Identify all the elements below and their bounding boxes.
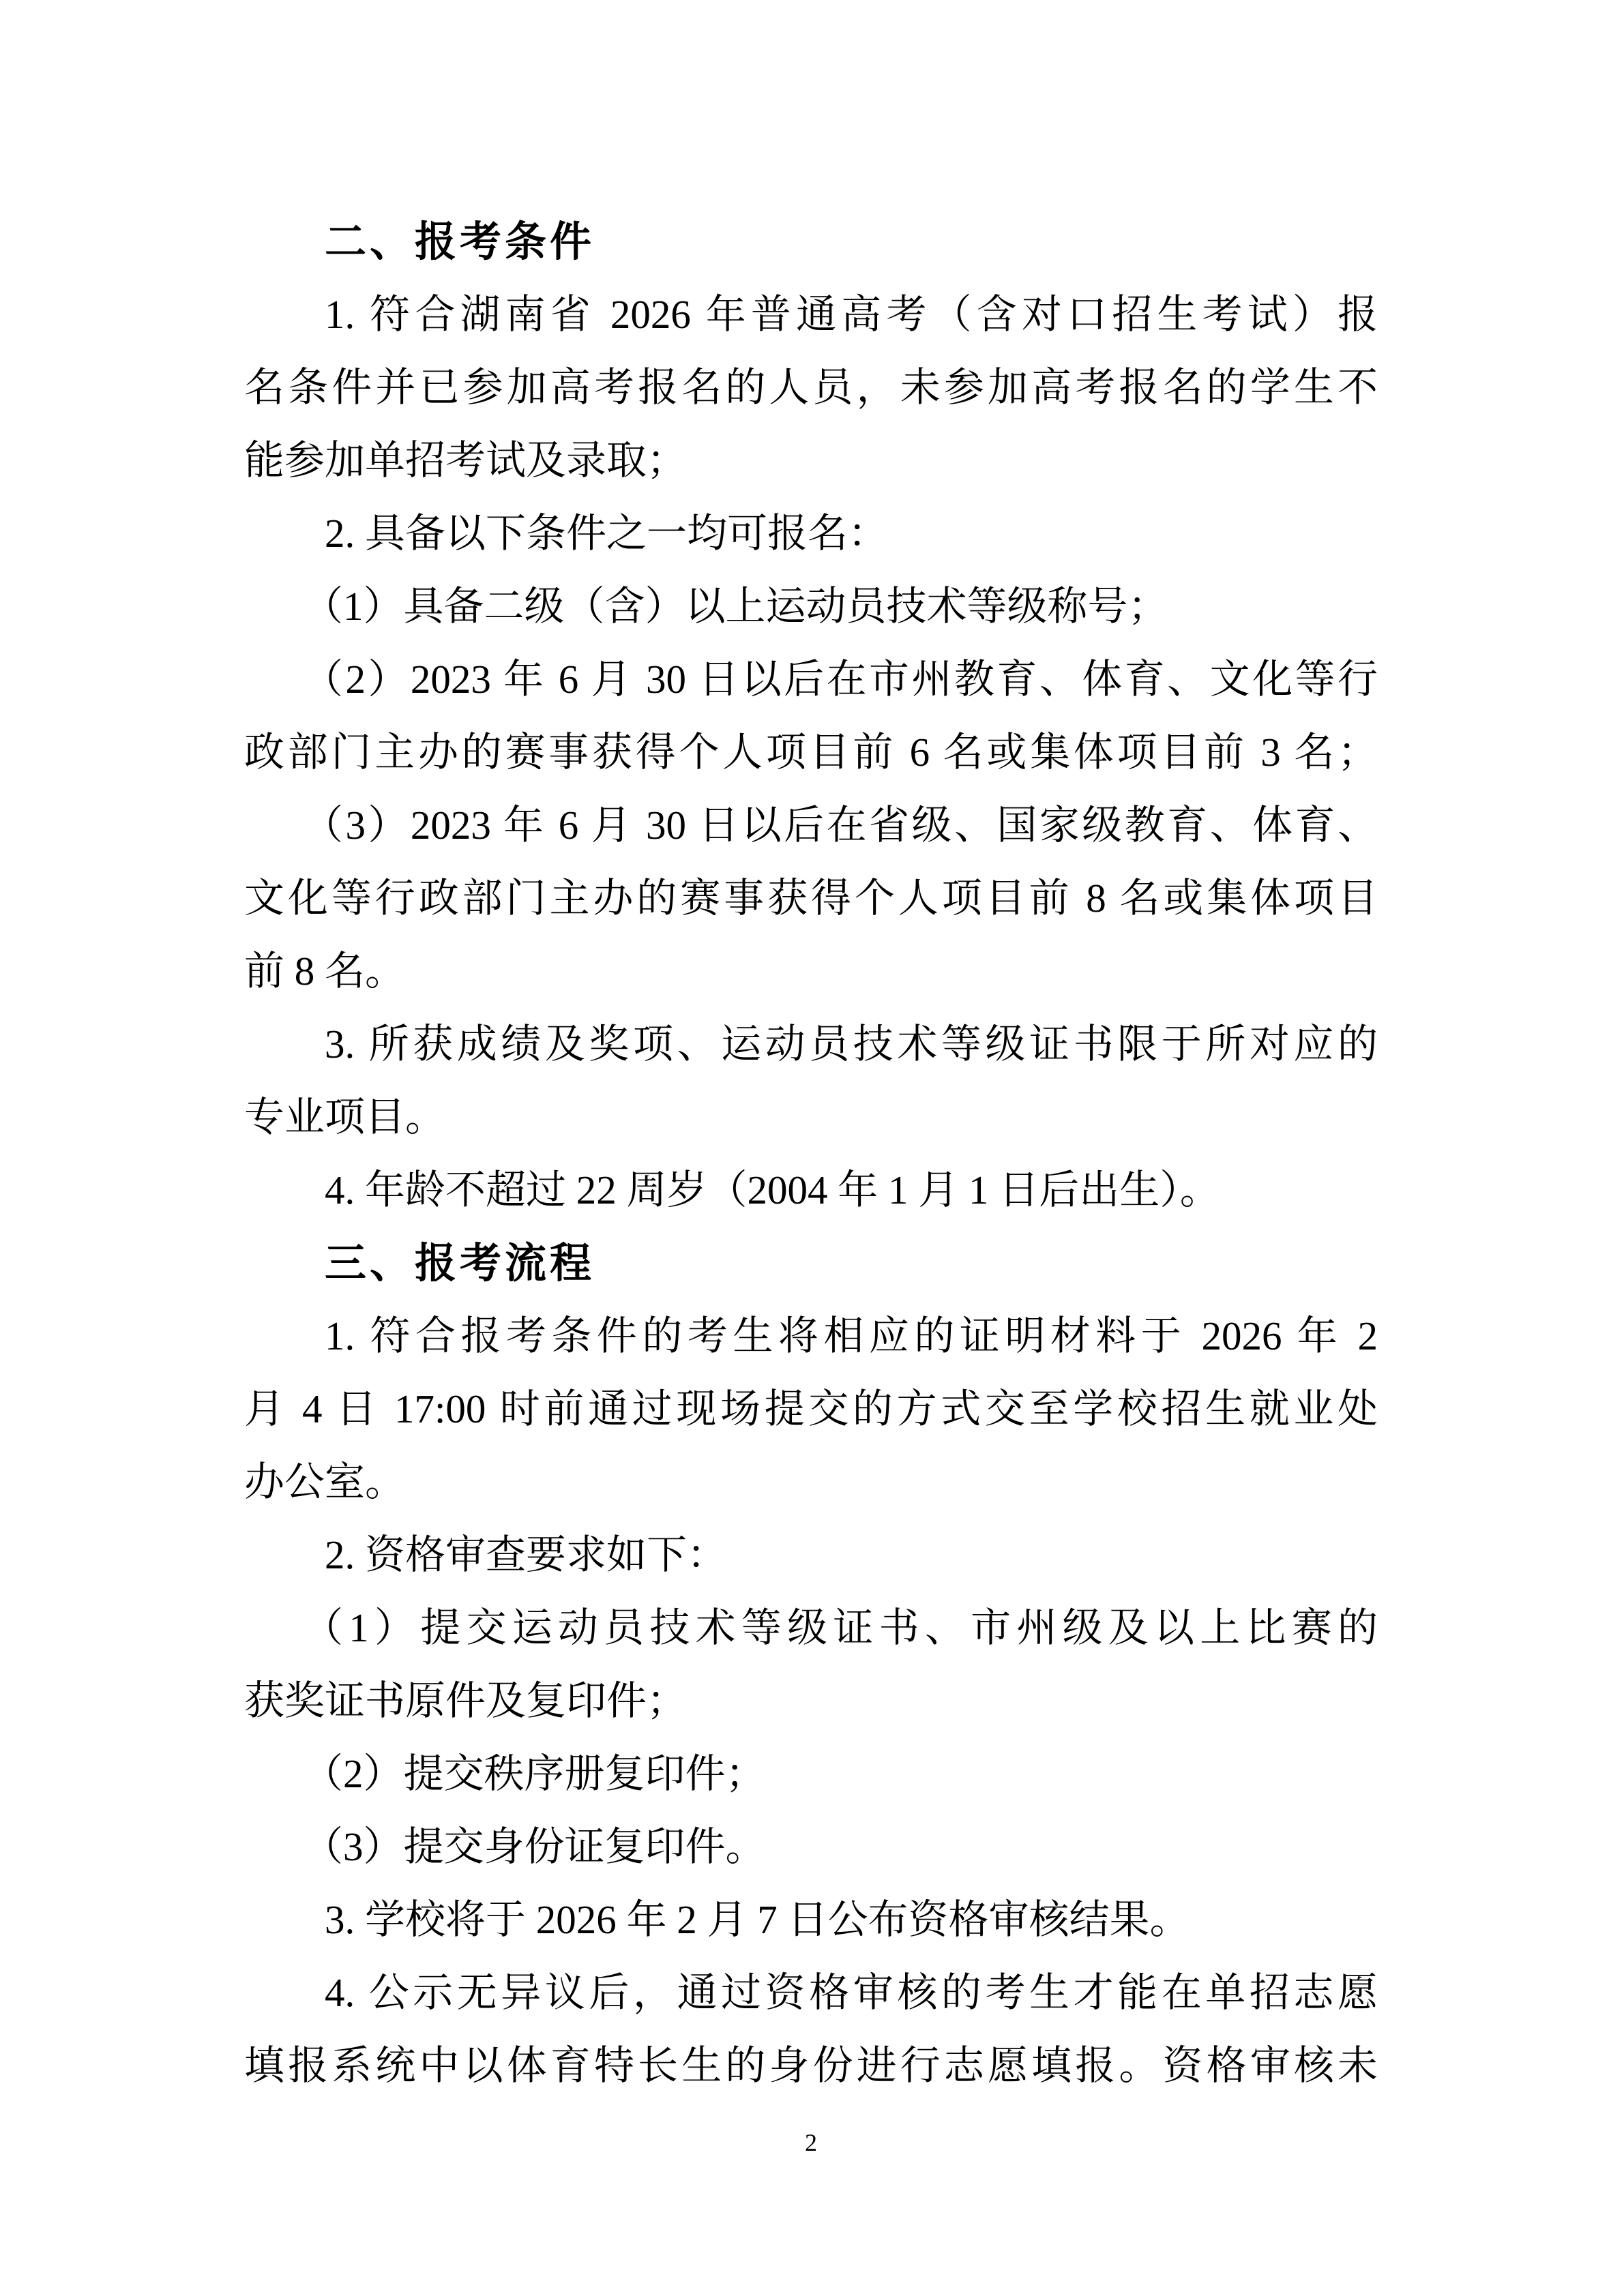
doc-line: 能参加单招考试及录取； (244, 424, 1378, 497)
doc-line: 填报系统中以体育特长生的身份进行志愿填报。资格审核未 (244, 2029, 1378, 2102)
document-body: 二、报考条件 1. 符合湖南省 2026 年普通高考（含对口招生考试）报 名条件… (244, 205, 1378, 2102)
doc-line: 政部门主办的赛事获得个人项目前 6 名或集体项目前 3 名； (244, 716, 1378, 789)
doc-line: 获奖证书原件及复印件； (244, 1665, 1378, 1738)
doc-line: 名条件并已参加高考报名的人员，未参加高考报名的学生不 (244, 351, 1378, 424)
doc-line: 月 4 日 17:00 时前通过现场提交的方式交至学校招生就业处 (244, 1373, 1378, 1446)
doc-line: （1）具备二级（含）以上运动员技术等级称号； (244, 570, 1378, 643)
doc-line: （3）2023 年 6 月 30 日以后在省级、国家级教育、体育、 (244, 789, 1378, 862)
doc-line: 办公室。 (244, 1446, 1378, 1519)
page-number: 2 (244, 2122, 1378, 2163)
doc-line: 4. 公示无异议后，通过资格审核的考生才能在单招志愿 (244, 1956, 1378, 2029)
doc-line: （3）提交身份证复印件。 (244, 1810, 1378, 1883)
doc-line: 3. 所获成绩及奖项、运动员技术等级证书限于所对应的 (244, 1008, 1378, 1081)
doc-line: 前 8 名。 (244, 935, 1378, 1008)
doc-line: 1. 符合报考条件的考生将相应的证明材料于 2026 年 2 (244, 1300, 1378, 1373)
doc-line: （2）提交秩序册复印件； (244, 1738, 1378, 1810)
document-page: 二、报考条件 1. 符合湖南省 2026 年普通高考（含对口招生考试）报 名条件… (0, 0, 1624, 2296)
doc-line: 2. 具备以下条件之一均可报名： (244, 497, 1378, 570)
doc-line: 专业项目。 (244, 1081, 1378, 1154)
doc-line: 1. 符合湖南省 2026 年普通高考（含对口招生考试）报 (244, 278, 1378, 351)
doc-line: 3. 学校将于 2026 年 2 月 7 日公布资格审核结果。 (244, 1883, 1378, 1956)
doc-line: （1）提交运动员技术等级证书、市州级及以上比赛的 (244, 1592, 1378, 1665)
section-heading-3: 三、报考流程 (244, 1227, 1378, 1300)
doc-line: 文化等行政部门主办的赛事获得个人项目前 8 名或集体项目 (244, 862, 1378, 935)
doc-line: （2）2023 年 6 月 30 日以后在市州教育、体育、文化等行 (244, 643, 1378, 716)
section-heading-2: 二、报考条件 (244, 205, 1378, 278)
doc-line: 4. 年龄不超过 22 周岁（2004 年 1 月 1 日后出生）。 (244, 1154, 1378, 1227)
doc-line: 2. 资格审查要求如下： (244, 1519, 1378, 1592)
